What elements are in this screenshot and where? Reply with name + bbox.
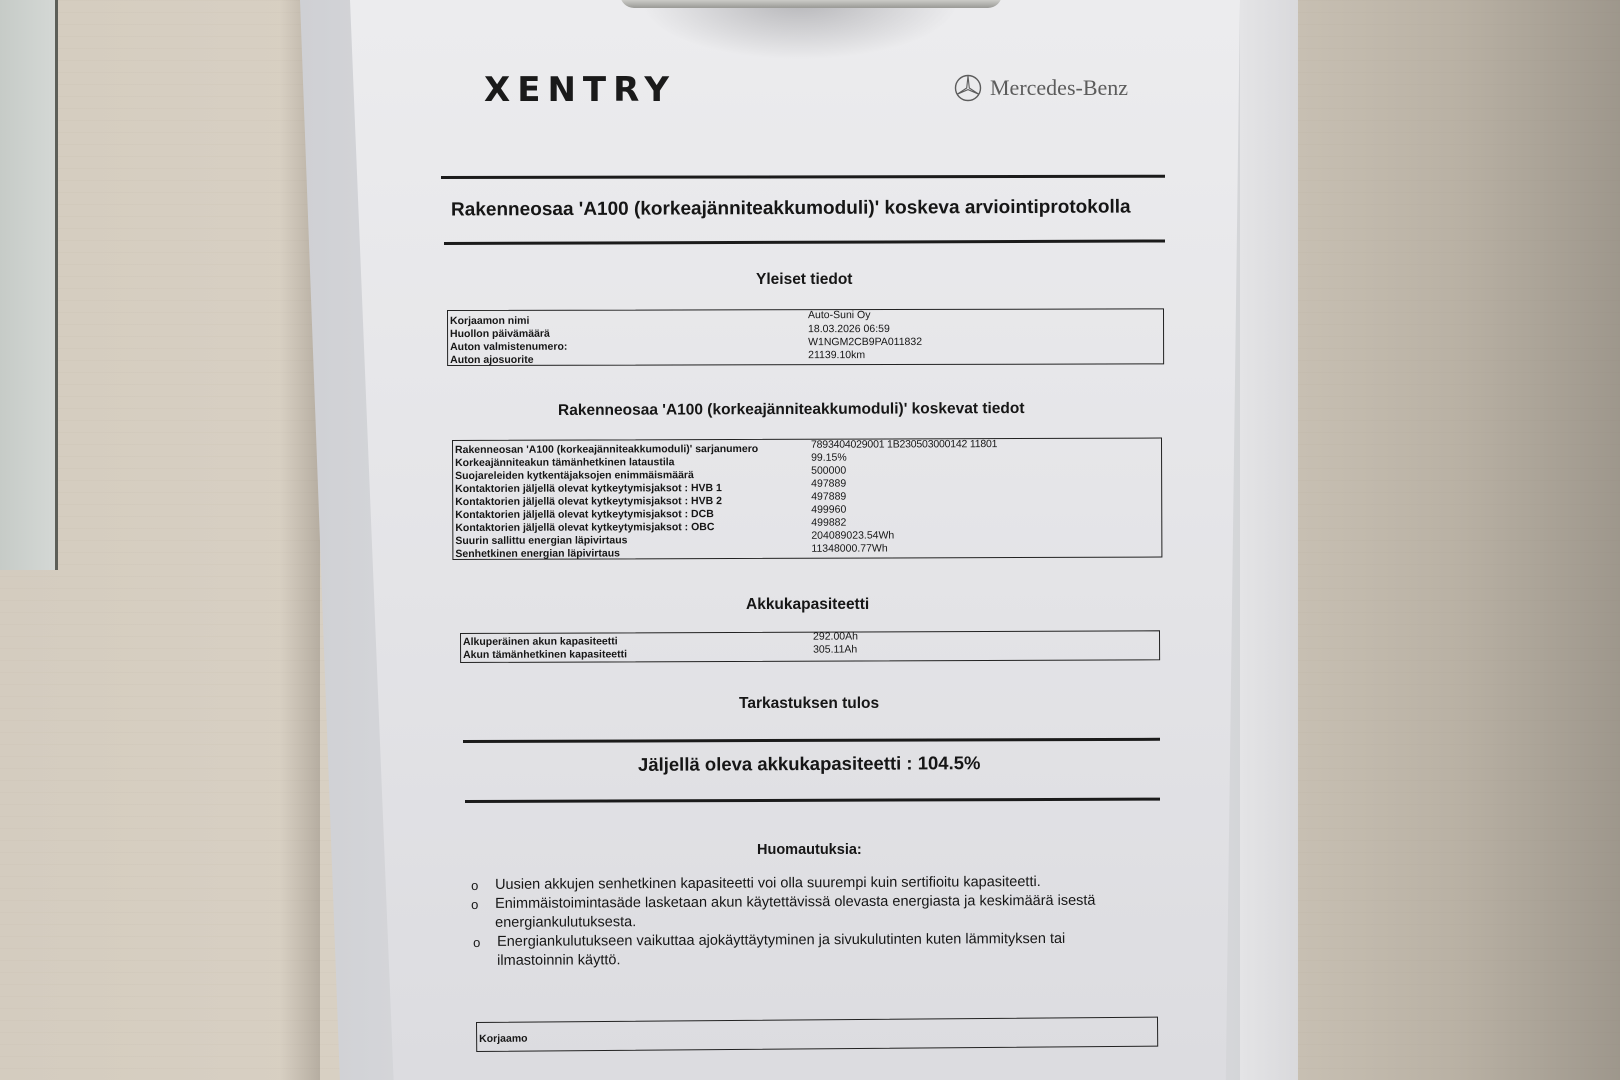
brand-name: Mercedes-Benz [990, 75, 1128, 101]
capacity-row: Alkuperäinen akun kapasiteetti 292.00Ah [461, 633, 1159, 636]
remaining-capacity-result: Jäljellä oleva akkukapasiteetti : 104.5% [638, 752, 981, 776]
mercedes-star-icon [954, 74, 982, 102]
document: XENTRY Mercedes-Benz Rakenneosaa 'A100 (… [0, 0, 1620, 1080]
bullet-icon: o [471, 876, 478, 895]
result-rule-bottom [465, 798, 1160, 803]
component-heading: Rakenneosaa 'A100 (korkeajänniteakkumodu… [558, 400, 1025, 420]
capacity-table: Alkuperäinen akun kapasiteetti 292.00Ah … [460, 630, 1160, 663]
title-rule-top [441, 175, 1165, 179]
bullet-icon: o [473, 933, 480, 952]
title-rule-bottom [444, 239, 1165, 245]
general-row: Auton valmistenumero: W1NGM2CB9PA011832 [448, 339, 1163, 341]
general-row: Huollon päivämäärä 18.03.2026 06:59 [448, 326, 1163, 328]
result-rule-top [463, 738, 1160, 743]
notes-heading: Huomautuksia: [757, 842, 862, 858]
bullet-icon: o [471, 895, 478, 914]
signature-box: Korjaamo [476, 1017, 1158, 1052]
document-title: Rakenneosaa 'A100 (korkeajänniteakkumodu… [451, 197, 1131, 222]
component-info-table: Rakenneosan 'A100 (korkeajänniteakkumodu… [452, 438, 1162, 560]
component-row: Rakenneosan 'A100 (korkeajänniteakkumodu… [453, 442, 1161, 444]
capacity-heading: Akkukapasiteetti [746, 596, 869, 614]
general-row: Korjaamon nimi Auto-Suni Oy [448, 313, 1163, 315]
general-heading: Yleiset tiedot [756, 271, 852, 289]
general-info-table: Korjaamon nimi Auto-Suni Oy Huollon päiv… [447, 308, 1164, 366]
mercedes-benz-logo: Mercedes-Benz [954, 74, 1128, 102]
signature-label: Korjaamo [479, 1033, 528, 1045]
result-heading: Tarkastuksen tulos [739, 695, 879, 713]
xentry-logo: XENTRY [484, 70, 676, 110]
